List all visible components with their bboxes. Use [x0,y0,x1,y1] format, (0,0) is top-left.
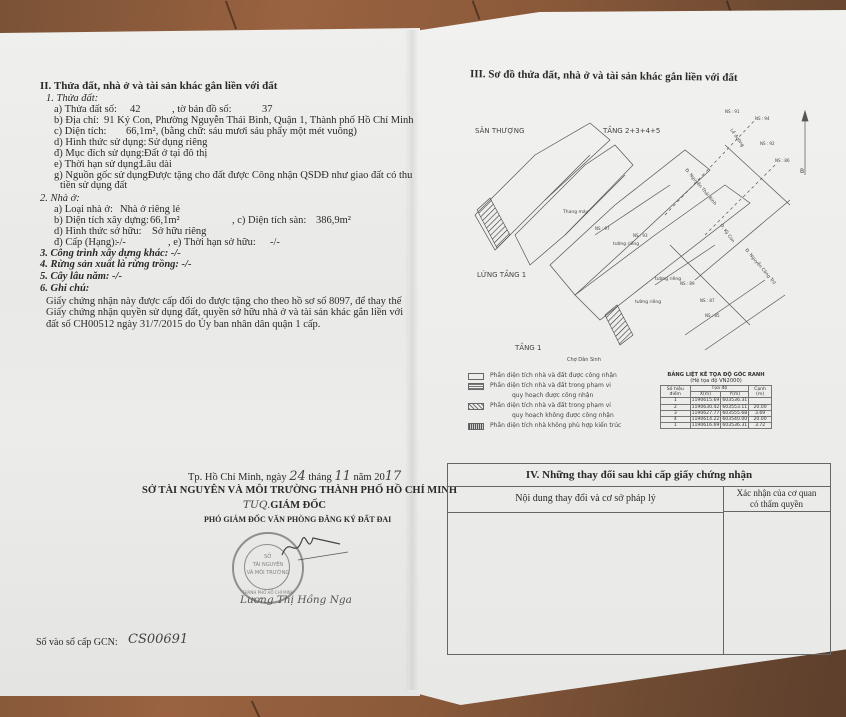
signatory: TUQ.GIÁM ĐỐC [243,499,326,512]
changes-divider [723,512,724,654]
neighbor-87: NS : 87 [700,298,715,303]
label-shared-wall: tường riêng [613,240,639,247]
legend-text: Phần diện tích nhà không phù hợp kiến tr… [490,422,621,430]
coord-cell: 1190627.77 [690,410,721,416]
issuer: SỞ TÀI NGUYÊN VÀ MÔI TRƯỜNG THÀNH PHỐ HỒ… [142,485,457,497]
changes-col-confirm-line2: có thẩm quyền [723,499,830,510]
date-year-label: năm 20 [354,472,385,483]
section-ii-title: II. Thửa đất, nhà ở và tài sản khác gắn … [40,80,277,92]
legend-item-cont: quy hoạch được công nhận [468,392,658,400]
neighbor-92: NS : 92 [760,141,775,146]
swatch-plain [468,373,484,380]
coord-header-point: Số hiệu điểm [661,386,691,398]
changes-col-confirm-line1: Xác nhận của cơ quan [723,488,830,499]
neighbor-91: NS : 91 [725,109,740,114]
legend-item: Phần diện tích nhà không phù hợp kiến tr… [468,422,658,430]
legend-item: Phần diện tích nhà và đất trong phạm vi [468,402,658,410]
table-grain [225,1,237,30]
coord-grid: Số hiệu điểm Tọa độ Cạnh (m) X(m) Y(m) 1… [660,385,772,429]
neighbor-97: NS : 97 [595,226,610,231]
label-shared-wall-2: tường riêng [655,275,681,282]
swatch-dense [468,423,484,430]
signatory-title: GIÁM ĐỐC [270,500,326,511]
coord-cell: 603555.68 [721,410,749,416]
neighbor-86: NS : 86 [775,158,790,163]
origin-value: Được tặng cho đất được Công nhận QSDĐ nh… [148,170,412,182]
coordinate-table: BẢNG LIỆT KÊ TỌA ĐỘ GÓC RANH (Hệ tọa độ … [660,372,772,429]
coord-cell: 3.72 [749,423,772,429]
coord-cell: 1190614.22 [690,417,721,423]
coord-cell: 603536.31 [721,423,749,429]
label-elevator: Thang máy [562,208,589,215]
coord-cell: 603553.11 [721,404,749,410]
label-floor-1: TẦNG 1 [514,342,541,352]
floor-area-value: 386,9m² [316,215,351,227]
date-month: 11 [334,469,351,484]
note-line-2: Giấy chứng nhận quyền sử dụng đất, quyền… [46,307,403,319]
own-term-value: -/- [270,237,280,249]
notes-heading: 6. Ghi chú: [40,283,89,295]
issue-date: Tp. Hồ Chí Minh, ngày 24 tháng 11 năm 20… [188,471,401,484]
neighbor-85: NS : 85 [705,313,720,318]
changes-table: IV. Những thay đổi sau khi cấp giấy chứn… [447,463,831,655]
seal-line-3: VÀ MÔI TRƯỜNG [234,570,302,576]
note-line-3: đất số CH00512 ngày 31/7/2015 do Ủy ban … [46,319,320,331]
date-year: 17 [385,469,402,484]
coord-subtitle: (Hệ tọa độ VN2000) [660,378,772,384]
legend-item: Phần diện tích nhà và đất trong phạm vi [468,382,658,390]
page-fold [405,30,419,690]
parcel-diagram: SÂN THƯỢNG TẦNG 2+3+4+5 LỬNG TẦNG 1 TẦNG… [455,95,840,365]
label-floors: TẦNG 2+3+4+5 [602,125,660,135]
table-grain [472,0,481,19]
legend-text: Phần diện tích nhà và đất trong phạm vi [490,402,611,410]
label-street-ky-con: Đ. Ký Con [718,222,736,244]
coord-cell: 1190615.69 [690,398,721,404]
label-rooftop: SÂN THƯỢNG [475,126,524,135]
label-shared-wall-3: tường riêng [635,298,661,305]
table-grain [251,701,261,717]
date-month-label: tháng [308,472,331,483]
label-market: Chợ Dân Sinh [567,356,601,363]
deputy-title: PHÓ GIÁM ĐỐC VĂN PHÒNG ĐĂNG KÝ ĐẤT ĐAI [204,514,391,526]
legend-item-cont: quy hoạch không được công nhận [468,412,658,420]
legend-text: Phần diện tích nhà và đất trong phạm vi [490,382,611,390]
coord-cell: 1190616.69 [690,423,721,429]
coord-cell: 1 [661,423,691,429]
own-term-label: , e) Thời hạn sở hữu: [168,237,256,249]
changes-col-confirm: Xác nhận của cơ quan có thẩm quyền [723,486,830,512]
registry-label: Số vào sổ cấp GCN: [36,637,118,649]
signatory-prefix: TUQ. [243,499,270,511]
label-street-ntb: Đ. Nguyễn Thái Bình [683,167,718,207]
label-north: B [800,168,804,175]
legend-text: quy hoạch không được công nhận [512,412,614,420]
label-street-ncd: Đ. Nguyễn Công Trứ [743,247,778,287]
legend-text: Phần diện tích nhà và đất được công nhận [490,372,617,380]
origin-value-cont: tiền sử dụng đất [60,180,127,192]
legend-text: quy hoạch được công nhận [512,392,593,400]
forest: 4. Rừng sản xuất là rừng trồng: -/- [40,259,191,271]
coord-cell: 1190630.42 [690,404,721,410]
coord-row: 11190616.69603536.313.72 [661,423,772,429]
signature [280,530,350,570]
coord-header-edge: Cạnh (m) [749,386,772,398]
diagram-legend: Phần diện tích nhà và đất được công nhận… [468,372,658,432]
signer-name: Lương Thị Hồng Nga [240,594,352,606]
swatch-dots [468,383,484,390]
date-day: 24 [289,469,306,484]
changes-title: IV. Những thay đổi sau khi cấp giấy chứn… [448,464,830,487]
registry-number: CS00691 [128,634,188,646]
label-mezzanine: LỬNG TẦNG 1 [477,269,526,279]
coord-cell: 603540.00 [721,417,749,423]
neighbor-94: NS : 94 [755,116,770,121]
perennial: 5. Cây lâu năm: -/- [40,271,122,283]
neighbor-89: NS : 89 [680,281,695,286]
changes-col-content: Nội dung thay đổi và cơ sở pháp lý [448,486,724,513]
neighbor-93: NS : 93 [633,233,648,238]
legend-item: Phần diện tích nhà và đất được công nhận [468,372,658,380]
floor-area-label: , c) Diện tích sàn: [232,215,306,227]
swatch-hatch [468,403,484,410]
coord-cell: 603536.31 [721,398,749,404]
date-prefix: Tp. Hồ Chí Minh, ngày [188,472,287,483]
